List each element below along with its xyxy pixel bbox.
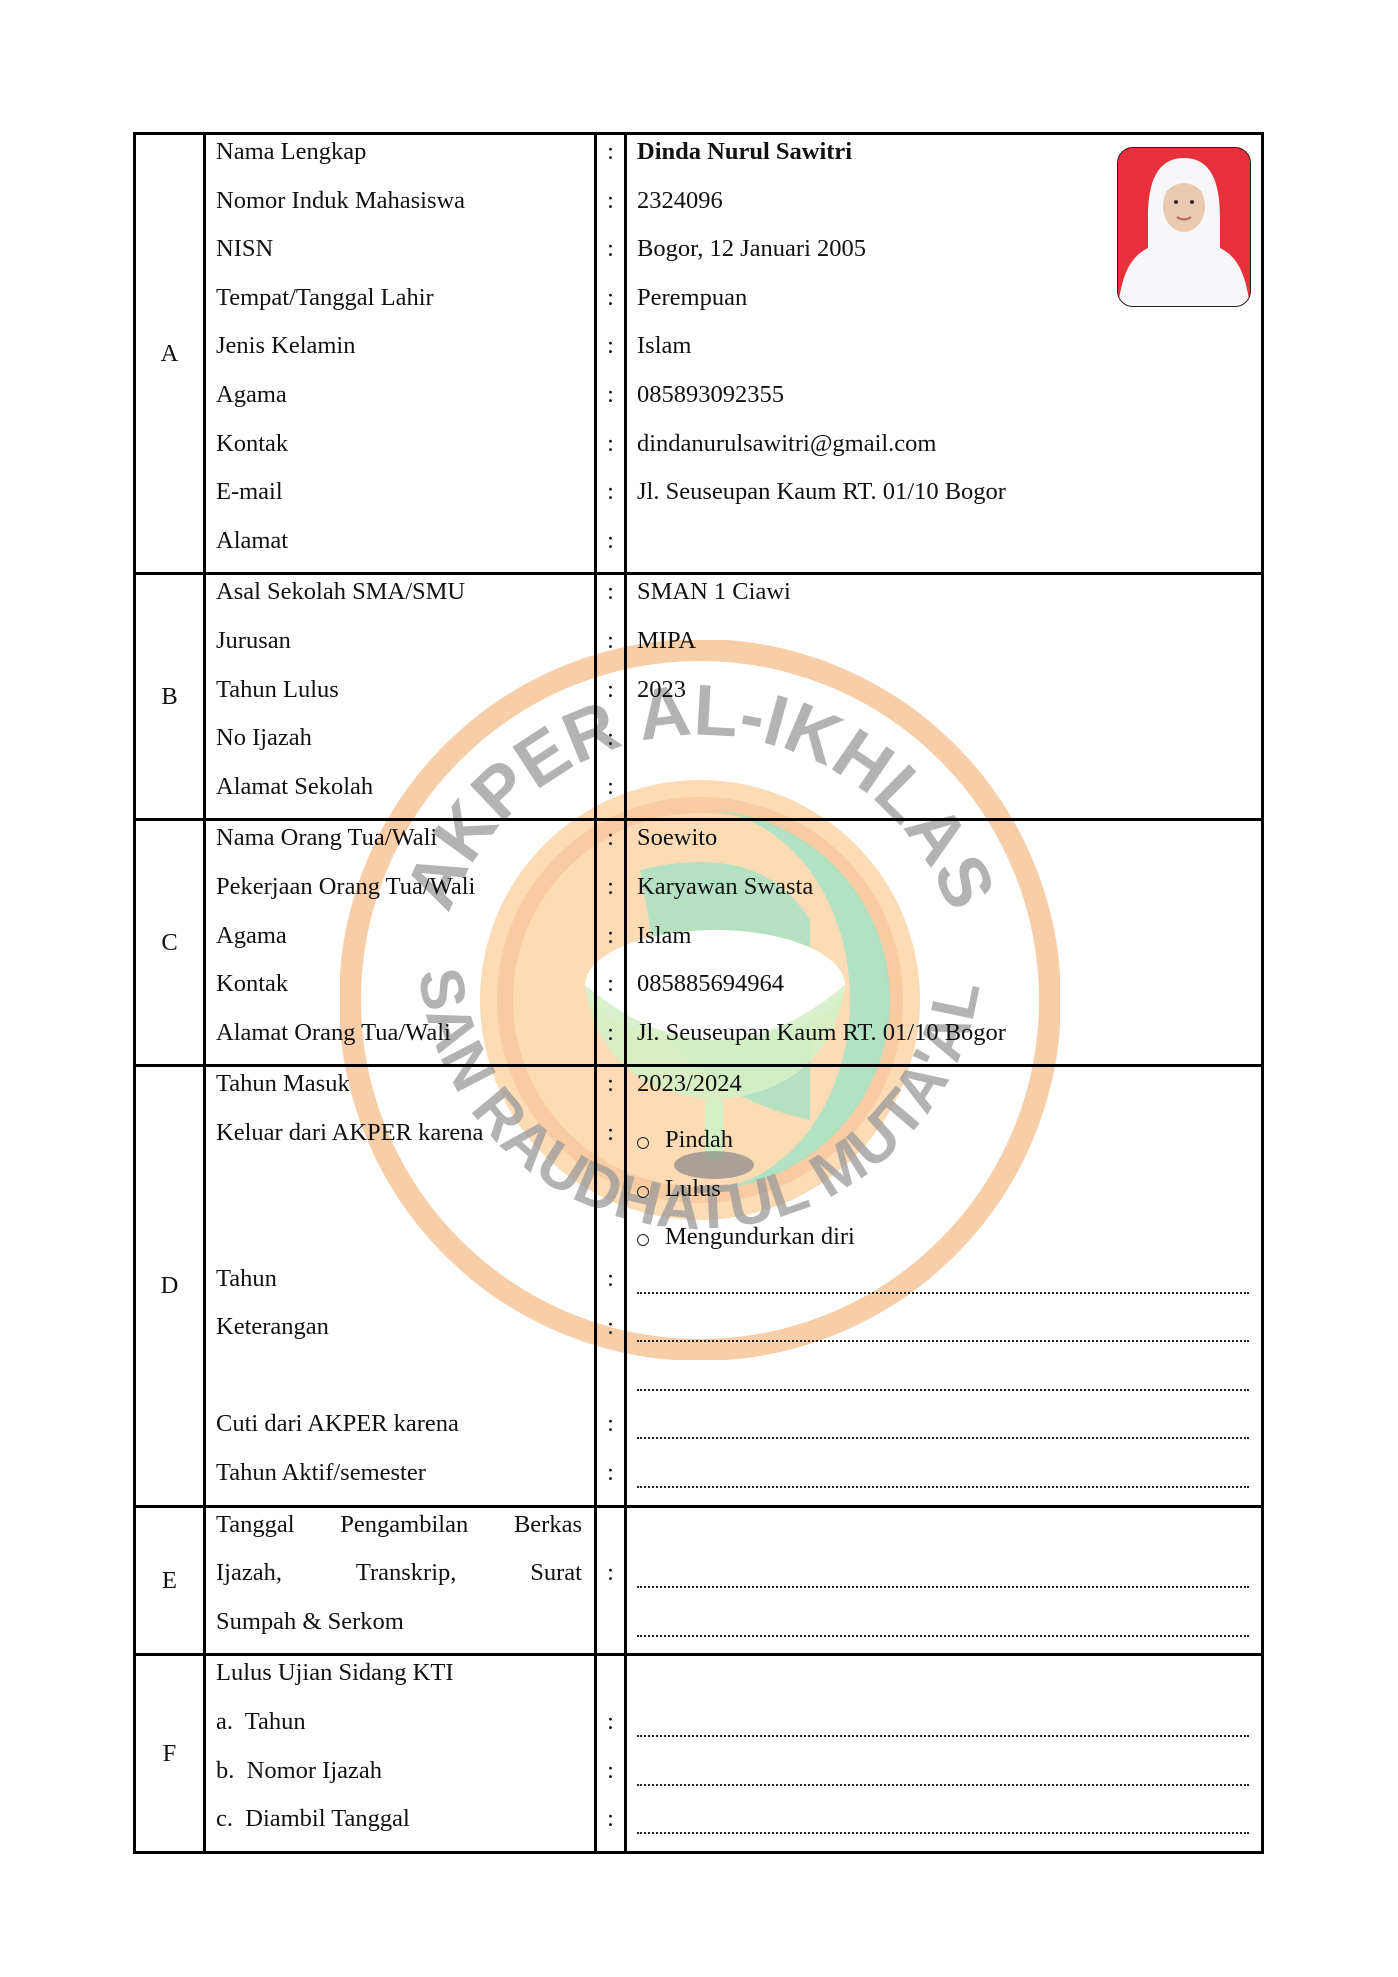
label-alamat-sekolah: Alamat Sekolah bbox=[216, 770, 594, 819]
value-alamat-sekolah bbox=[637, 770, 1251, 819]
value-jenis-kelamin: Islam bbox=[637, 329, 1251, 378]
option-label: Pindah bbox=[665, 1123, 733, 1157]
label-nomor-ijazah: b. Nomor Ijazah bbox=[216, 1754, 594, 1803]
section-b-values: SMAN 1 Ciawi MIPA 2023 bbox=[626, 574, 1263, 820]
section-d-enrollment-status: D Tahun Masuk Keluar dari AKPER karena T… bbox=[135, 1066, 1263, 1506]
option-label: Lulus bbox=[665, 1172, 721, 1206]
section-f-kti-exam: F Lulus Ujian Sidang KTI a. Tahun b. Nom… bbox=[135, 1655, 1263, 1852]
radio-circle-icon[interactable] bbox=[637, 1137, 649, 1149]
student-data-form-table: A Nama Lengkap Nomor Induk Mahasiswa NIS… bbox=[133, 132, 1264, 1854]
radio-circle-icon[interactable] bbox=[637, 1186, 649, 1198]
colon-column: : bbox=[596, 1506, 626, 1655]
value-jurusan: MIPA bbox=[637, 624, 1251, 673]
blank-field-tahun-aktif[interactable] bbox=[637, 1456, 1249, 1488]
blank-field-keterangan[interactable] bbox=[637, 1310, 1249, 1342]
section-letter: C bbox=[135, 820, 205, 1066]
colon-column: ::::: bbox=[596, 820, 626, 1066]
label-tahun-masuk: Tahun Masuk bbox=[216, 1067, 594, 1116]
label-nama-lengkap: Nama Lengkap bbox=[216, 135, 594, 184]
section-a-values: Dinda Nurul Sawitri 2324096 Bogor, 12 Ja… bbox=[626, 134, 1263, 574]
label-nisn: NISN bbox=[216, 232, 594, 281]
blank-field-nomor-ijazah[interactable] bbox=[637, 1754, 1249, 1786]
label-keluar-karena: Keluar dari AKPER karena bbox=[216, 1116, 594, 1165]
label-keterangan: Keterangan bbox=[216, 1310, 594, 1359]
colon-column: ::: bbox=[596, 1655, 626, 1852]
label-nama-orang-tua: Nama Orang Tua/Wali bbox=[216, 821, 594, 870]
section-letter: E bbox=[135, 1506, 205, 1655]
value-email: Jl. Seuseupan Kaum RT. 01/10 Bogor bbox=[637, 475, 1251, 524]
section-letter: B bbox=[135, 574, 205, 820]
value-nama-orang-tua: Soewito bbox=[637, 821, 1251, 870]
label-tahun-lulus: Tahun Lulus bbox=[216, 673, 594, 722]
blank-field-cuti-karena[interactable] bbox=[637, 1407, 1249, 1439]
value-asal-sekolah: SMAN 1 Ciawi bbox=[637, 575, 1251, 624]
section-e-labels: TanggalPengambilanBerkas Ijazah,Transkri… bbox=[205, 1506, 596, 1655]
section-d-values: 2023/2024 Pindah Lulus Mengundurkan diri bbox=[626, 1066, 1263, 1506]
blank-field-tanggal-pengambilan-2[interactable] bbox=[637, 1605, 1249, 1637]
label-tanggal-pengambilan-line3: Sumpah & Serkom bbox=[216, 1605, 594, 1654]
label-lulus-ujian-sidang-kti: Lulus Ujian Sidang KTI bbox=[216, 1656, 594, 1705]
label-tempat-tanggal-lahir: Tempat/Tanggal Lahir bbox=[216, 281, 594, 330]
value-alamat bbox=[637, 524, 1251, 573]
value-no-ijazah bbox=[637, 721, 1251, 770]
radio-circle-icon[interactable] bbox=[637, 1234, 649, 1246]
colon-column: :::::: bbox=[596, 1066, 626, 1506]
blank-field-tahun[interactable] bbox=[637, 1262, 1249, 1294]
label-alamat: Alamat bbox=[216, 524, 594, 573]
section-b-labels: Asal Sekolah SMA/SMU Jurusan Tahun Lulus… bbox=[205, 574, 596, 820]
section-letter: D bbox=[135, 1066, 205, 1506]
label-kontak: Kontak bbox=[216, 427, 594, 476]
section-a-labels: Nama Lengkap Nomor Induk Mahasiswa NISN … bbox=[205, 134, 596, 574]
label-pekerjaan-orang-tua: Pekerjaan Orang Tua/Wali bbox=[216, 870, 594, 919]
label-alamat-orang-tua: Alamat Orang Tua/Wali bbox=[216, 1016, 594, 1065]
section-a-personal-data: A Nama Lengkap Nomor Induk Mahasiswa NIS… bbox=[135, 134, 1263, 574]
colon-column: ::::::::: bbox=[596, 134, 626, 574]
section-c-labels: Nama Orang Tua/Wali Pekerjaan Orang Tua/… bbox=[205, 820, 596, 1066]
option-mengundurkan-diri[interactable]: Mengundurkan diri bbox=[637, 1213, 1251, 1262]
option-pindah[interactable]: Pindah bbox=[637, 1116, 1251, 1165]
student-photo bbox=[1117, 147, 1251, 307]
section-e-document-pickup: E TanggalPengambilanBerkas Ijazah,Transk… bbox=[135, 1506, 1263, 1655]
value-tahun-masuk: 2023/2024 bbox=[637, 1067, 1251, 1116]
label-asal-sekolah: Asal Sekolah SMA/SMU bbox=[216, 575, 594, 624]
label-diambil-tanggal: c. Diambil Tanggal bbox=[216, 1802, 594, 1851]
value-alamat-orang-tua: Jl. Seuseupan Kaum RT. 01/10 Bogor bbox=[637, 1016, 1251, 1065]
blank-field-tanggal-pengambilan[interactable] bbox=[637, 1556, 1249, 1588]
blank-field-tahun-kti[interactable] bbox=[637, 1705, 1249, 1737]
label-cuti-karena: Cuti dari AKPER karena bbox=[216, 1407, 594, 1456]
value-agama-orang-tua: Islam bbox=[637, 919, 1251, 968]
section-e-values bbox=[626, 1506, 1263, 1655]
student-portrait-image bbox=[1118, 148, 1250, 306]
label-kontak-orang-tua: Kontak bbox=[216, 967, 594, 1016]
label-nim: Nomor Induk Mahasiswa bbox=[216, 184, 594, 233]
section-letter: F bbox=[135, 1655, 205, 1852]
section-f-labels: Lulus Ujian Sidang KTI a. Tahun b. Nomor… bbox=[205, 1655, 596, 1852]
colon-column: ::::: bbox=[596, 574, 626, 820]
value-kontak: dindanurulsawitri@gmail.com bbox=[637, 427, 1251, 476]
blank-field-keterangan-2[interactable] bbox=[637, 1359, 1249, 1391]
label-agama-orang-tua: Agama bbox=[216, 919, 594, 968]
value-kontak-orang-tua: 085885694964 bbox=[637, 967, 1251, 1016]
label-tahun-kti: a. Tahun bbox=[216, 1705, 594, 1754]
value-pekerjaan-orang-tua: Karyawan Swasta bbox=[637, 870, 1251, 919]
section-c-values: Soewito Karyawan Swasta Islam 0858856949… bbox=[626, 820, 1263, 1066]
label-tahun: Tahun bbox=[216, 1262, 594, 1311]
label-no-ijazah: No Ijazah bbox=[216, 721, 594, 770]
section-f-values bbox=[626, 1655, 1263, 1852]
label-jenis-kelamin: Jenis Kelamin bbox=[216, 329, 594, 378]
label-jurusan: Jurusan bbox=[216, 624, 594, 673]
value-agama: 085893092355 bbox=[637, 378, 1251, 427]
section-d-labels: Tahun Masuk Keluar dari AKPER karena Tah… bbox=[205, 1066, 596, 1506]
option-lulus[interactable]: Lulus bbox=[637, 1164, 1251, 1213]
option-label: Mengundurkan diri bbox=[665, 1220, 855, 1254]
label-tanggal-pengambilan-line1: TanggalPengambilanBerkas bbox=[216, 1508, 594, 1557]
section-letter: A bbox=[135, 134, 205, 574]
value-tahun-lulus: 2023 bbox=[637, 673, 1251, 722]
blank-field-diambil-tanggal[interactable] bbox=[637, 1802, 1249, 1834]
document-page: AKPER AL-IKHLAS YAYASAN RAUDHATUL MUTA'A… bbox=[0, 0, 1398, 1977]
label-agama: Agama bbox=[216, 378, 594, 427]
section-b-school-data: B Asal Sekolah SMA/SMU Jurusan Tahun Lul… bbox=[135, 574, 1263, 820]
label-tahun-aktif-semester: Tahun Aktif/semester bbox=[216, 1456, 594, 1505]
label-email: E-mail bbox=[216, 475, 594, 524]
label-tanggal-pengambilan-line2: Ijazah,Transkrip,Surat bbox=[216, 1556, 594, 1605]
section-c-parent-data: C Nama Orang Tua/Wali Pekerjaan Orang Tu… bbox=[135, 820, 1263, 1066]
